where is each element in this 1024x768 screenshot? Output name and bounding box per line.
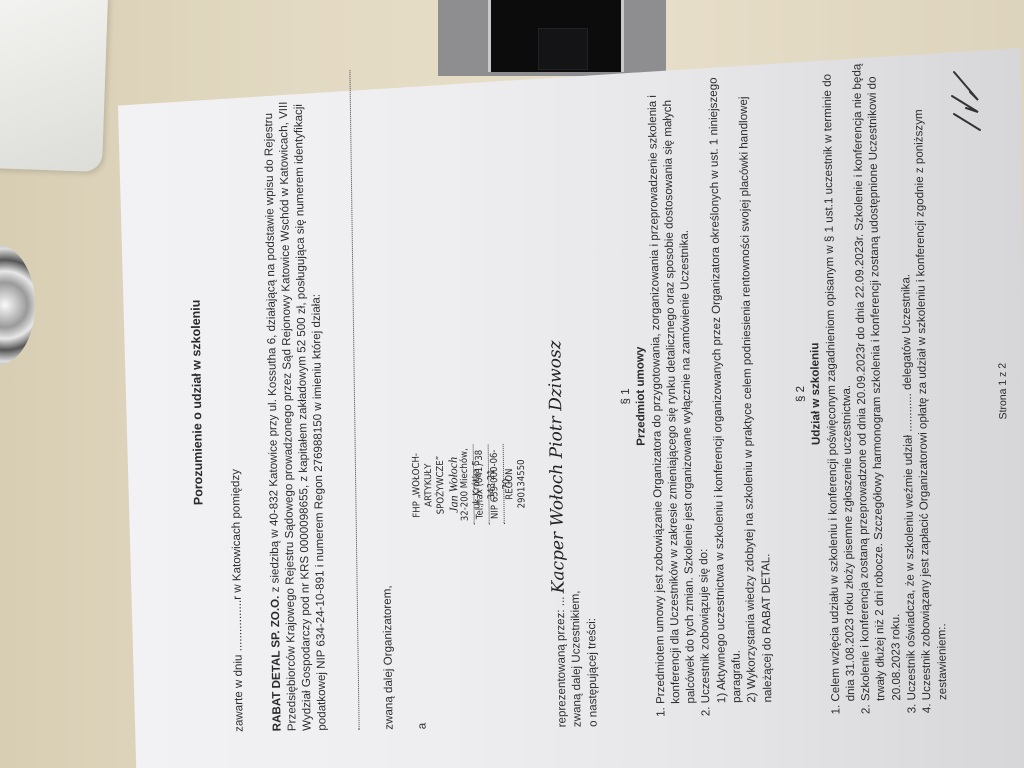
stamp-company: FHP „WOŁOCH-ARTYKUŁY SPOŻYWCZE” <box>411 445 448 525</box>
organizer-role: zwaną dalej Organizatorem, <box>372 70 397 730</box>
conjunction: a <box>415 714 532 730</box>
section1-sublist: 1) Aktywnego uczestnictwa w szkoleniu i … <box>705 64 775 725</box>
paper-towel <box>0 0 108 172</box>
stamp-phone: Tel./fax (041) 38 343 21 <box>474 444 490 524</box>
initials-signature <box>948 70 998 140</box>
background-device <box>438 0 666 76</box>
document-title: Porozumienie o udział w szkoleniu <box>185 72 210 732</box>
organizer-paragraph: RABAT DETAL SP. ZO.O. z siedzibą w 40-83… <box>260 71 330 732</box>
participant-stamp: FHP „WOŁOCH-ARTYKUŁY SPOŻYWCZE” Jan Woło… <box>411 444 529 526</box>
stamp-owner: Jan Wołoch <box>447 445 460 525</box>
signatory-line <box>335 70 359 730</box>
participant-lines: FHP „WOŁOCH-ARTYKUŁY SPOŻYWCZE” Jan Woło… <box>405 68 531 716</box>
section1-list: Przedmiotem umowy jest zobowiązanie Orga… <box>644 65 714 726</box>
device-panel <box>538 28 588 70</box>
intro-line: zawarte w dniu ................r w Katow… <box>223 72 248 732</box>
stamp-address: 32-200 Miechów, ul. Krótka 5 <box>459 445 475 525</box>
represented-by-label: reprezentowaną przez: ... <box>554 596 569 727</box>
organizer-name: RABAT DETAL SP. ZO.O. <box>268 596 283 732</box>
glass-bottle <box>0 245 35 365</box>
handwritten-representatives: Kacper Wołoch Piotr Dziwosz <box>545 340 569 593</box>
section2-list: Celem wzięcia udziału w szkoleniu i konf… <box>819 62 951 724</box>
stamp-nip: NIP 659-000-06-70 <box>489 444 505 524</box>
document-content: Porozumienie o udział w szkoleniu zawart… <box>165 61 1004 733</box>
stamp-regon: REGON 290134550 <box>504 444 529 524</box>
participant-block: a FHP „WOŁOCH-ARTYKUŁY SPOŻYWCZE” Jan Wo… <box>405 68 531 730</box>
